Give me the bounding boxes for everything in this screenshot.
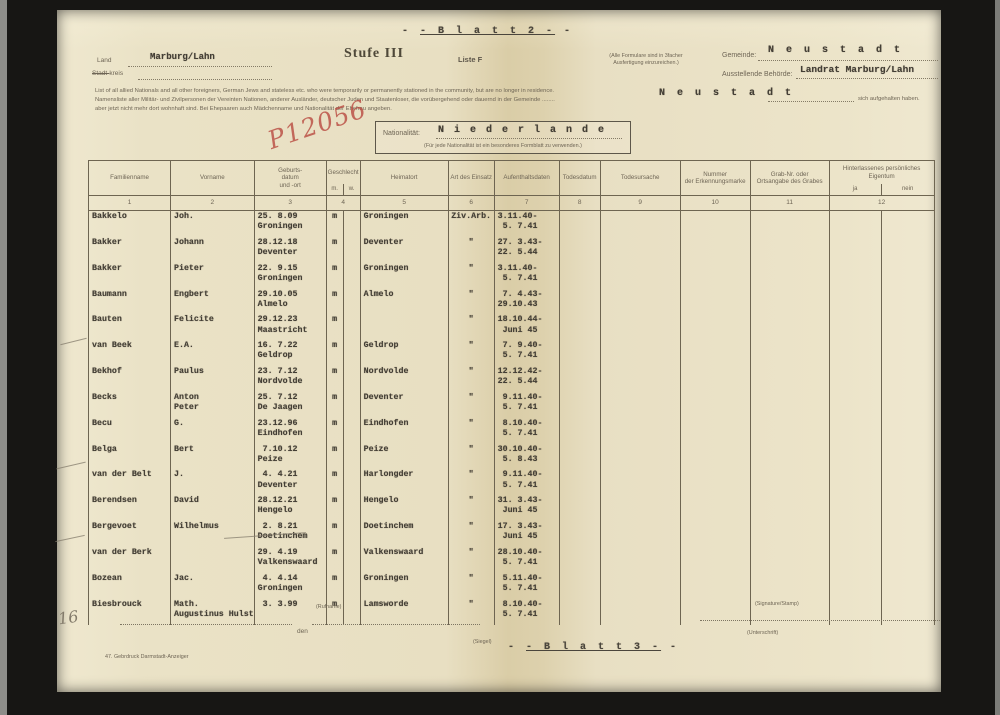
- table-cell: ": [448, 599, 494, 625]
- table-cell: 3. 3.99: [254, 599, 326, 625]
- date-dotted-line: [312, 624, 480, 625]
- table-cell: ": [448, 547, 494, 573]
- sub-header-nein: nein: [881, 184, 934, 196]
- intro-line2-tail: sich aufgehalten haben.: [858, 96, 920, 103]
- col-num-12: 12: [829, 196, 934, 211]
- col-num-10: 10: [680, 196, 750, 211]
- table-cell: [559, 263, 600, 289]
- table-cell: [600, 340, 680, 366]
- table-cell: 4. 4.21Deventer: [254, 469, 326, 495]
- table-cell: [343, 263, 360, 289]
- table-cell: [881, 263, 934, 289]
- table-cell: [559, 573, 600, 599]
- table-cell: [600, 418, 680, 444]
- nationality-value: N i e d e r l a n d e: [438, 125, 606, 136]
- table-cell: [171, 547, 255, 573]
- col-num-3: 3: [254, 196, 326, 211]
- table-cell: m: [326, 366, 343, 392]
- table-cell: Doetinchem: [360, 521, 448, 547]
- table-cell: ": [448, 469, 494, 495]
- den-label: den: [297, 628, 308, 636]
- scanned-document: - - B l a t t 2 - - Stufe III Liste F (A…: [0, 0, 1000, 715]
- table-cell: Becks: [89, 392, 171, 418]
- nationality-note: (Für jede Nationalität ist ein besondere…: [380, 143, 626, 150]
- table-cell: [750, 444, 829, 470]
- table-cell: Valkenswaard: [360, 547, 448, 573]
- table-cell: 27. 3.43-22. 5.44: [494, 237, 559, 263]
- table-cell: Berendsen: [89, 495, 171, 521]
- table-cell: [600, 547, 680, 573]
- blatt-2-heading: - - B l a t t 2 - -: [402, 26, 573, 37]
- col-num-6: 6: [448, 196, 494, 211]
- table-cell: E.A.: [171, 340, 255, 366]
- table-cell: Bakker: [89, 237, 171, 263]
- table-cell: Nordvolde: [360, 366, 448, 392]
- stadt-label-struck: Stadt-: [92, 70, 109, 77]
- col-num-9: 9: [600, 196, 680, 211]
- table-cell: Deventer: [360, 392, 448, 418]
- table-cell: van der Berk: [89, 547, 171, 573]
- table-cell: Groningen: [360, 573, 448, 599]
- table-cell: ": [448, 392, 494, 418]
- table-cell: [559, 521, 600, 547]
- table-cell: 9.11.40- 5. 7.41: [494, 392, 559, 418]
- table-cell: [600, 521, 680, 547]
- col-num-2: 2: [171, 196, 255, 211]
- table-cell: 29. 4.19Valkenswaard: [254, 547, 326, 573]
- table-cell: [600, 237, 680, 263]
- table-cell: 25. 8.09Groningen: [254, 211, 326, 237]
- table-cell: [343, 418, 360, 444]
- table-cell: [343, 521, 360, 547]
- table-cell: 7.10.12Peize: [254, 444, 326, 470]
- col-header-todesursache: Todesursache: [600, 161, 680, 196]
- table-row: BecksAntonPeter25. 7.12De JaagenmDevente…: [89, 392, 935, 418]
- table-cell: Becu: [89, 418, 171, 444]
- table-cell: ": [448, 237, 494, 263]
- table-cell: m: [326, 573, 343, 599]
- sub-header-ja: ja: [829, 184, 881, 196]
- table-cell: [343, 599, 360, 625]
- table-cell: [343, 211, 360, 237]
- table-cell: [343, 495, 360, 521]
- table-cell: [559, 237, 600, 263]
- liste-label: Liste F: [458, 55, 482, 64]
- table-cell: AntonPeter: [171, 392, 255, 418]
- table-cell: 17. 3.43- Juni 45: [494, 521, 559, 547]
- table-cell: m: [326, 263, 343, 289]
- table-cell: Bert: [171, 444, 255, 470]
- table-cell: 8.10.40- 5. 7.41: [494, 599, 559, 625]
- table-row: BelgaBert 7.10.12PeizemPeize"30.10.40- 5…: [89, 444, 935, 470]
- table-cell: Bakkelo: [89, 211, 171, 237]
- table-cell: [559, 418, 600, 444]
- table-cell: m: [326, 418, 343, 444]
- table-row: BekhofPaulus23. 7.12NordvoldemNordvolde"…: [89, 366, 935, 392]
- table-cell: 18.10.44- Juni 45: [494, 314, 559, 340]
- table-cell: m: [326, 547, 343, 573]
- gemeinde-dotted-line: [758, 59, 938, 61]
- intro-line1-en: List of all allied Nationals and all oth…: [95, 87, 657, 95]
- table-cell: [680, 573, 750, 599]
- table-cell: [559, 340, 600, 366]
- intro-gemeinde-value: N e u s t a d t: [659, 88, 794, 99]
- table-cell: ": [448, 366, 494, 392]
- table-cell: [559, 547, 600, 573]
- table-cell: [680, 211, 750, 237]
- rufname-note: (Rufname): [316, 604, 341, 611]
- table-cell: [750, 392, 829, 418]
- col-header-geschlecht: Geschlecht: [326, 161, 360, 185]
- table-cell: 16. 7.22Geldrop: [254, 340, 326, 366]
- table-cell: [829, 263, 881, 289]
- col-header-heimatort: Heimatort: [360, 161, 448, 196]
- col-header-eigentum: Hinterlassenes persönliches Eigentum: [829, 161, 934, 185]
- table-row: BerendsenDavid28.12.21HengelomHengelo"31…: [89, 495, 935, 521]
- table-cell: Bauten: [89, 314, 171, 340]
- table-cell: ": [448, 289, 494, 315]
- table-cell: Almelo: [360, 289, 448, 315]
- table-cell: m: [326, 599, 343, 625]
- table-cell: [750, 521, 829, 547]
- table-cell: [829, 469, 881, 495]
- scan-edge-left: [0, 0, 7, 715]
- table-cell: m: [326, 314, 343, 340]
- table-cell: [559, 392, 600, 418]
- table-cell: m: [326, 340, 343, 366]
- table-cell: ": [448, 573, 494, 599]
- table-cell: [750, 289, 829, 315]
- table-cell: [600, 366, 680, 392]
- scan-edge-right: [995, 0, 1000, 715]
- table-cell: [343, 366, 360, 392]
- col-header-geburtsdatum: Geburts- datum und -ort: [254, 161, 326, 196]
- table-cell: [881, 366, 934, 392]
- table-cell: [680, 263, 750, 289]
- table-cell: Deventer: [360, 237, 448, 263]
- table-cell: ": [448, 263, 494, 289]
- table-cell: Felicite: [171, 314, 255, 340]
- table-cell: 31. 3.43- Juni 45: [494, 495, 559, 521]
- table-cell: 3.11.40- 5. 7.41: [494, 211, 559, 237]
- table-cell: [600, 392, 680, 418]
- table-cell: [829, 289, 881, 315]
- col-num-5: 5: [360, 196, 448, 211]
- col-header-einsatz: Art des Einsatz: [448, 161, 494, 196]
- col-num-11: 11: [750, 196, 829, 211]
- table-cell: Joh.: [171, 211, 255, 237]
- sub-header-w: w.: [343, 184, 360, 196]
- table-cell: [680, 314, 750, 340]
- table-cell: [881, 289, 934, 315]
- table-cell: [600, 444, 680, 470]
- table-body: BakkeloJoh.25. 8.09GroningenmGroningenZi…: [89, 211, 935, 625]
- table-cell: [829, 366, 881, 392]
- behoerde-label: Ausstellende Behörde:: [722, 71, 792, 79]
- table-cell: [750, 547, 829, 573]
- table-cell: [881, 418, 934, 444]
- table-cell: [600, 314, 680, 340]
- table-cell: [750, 495, 829, 521]
- table-cell: [750, 314, 829, 340]
- table-cell: [600, 573, 680, 599]
- table-cell: van der Belt: [89, 469, 171, 495]
- kreis-dotted-line: [138, 78, 272, 80]
- table-cell: [680, 289, 750, 315]
- table-cell: [881, 237, 934, 263]
- table-row: BergevoetWilhelmus 2. 8.21DoetinchemmDoe…: [89, 521, 935, 547]
- table-cell: [680, 418, 750, 444]
- table-cell: m: [326, 495, 343, 521]
- table-cell: Hengelo: [360, 495, 448, 521]
- table-cell: Harlongder: [360, 469, 448, 495]
- table-cell: 28.12.18Deventer: [254, 237, 326, 263]
- table-cell: [343, 469, 360, 495]
- table-cell: [881, 495, 934, 521]
- table-cell: Wilhelmus: [171, 521, 255, 547]
- intro-line2-de: Namensliste aller Militär- und Zivilpers…: [95, 96, 657, 104]
- form-footer-imprint: 47. Gebrdruck Darmstadt-Anzeiger: [105, 654, 189, 661]
- table-cell: [680, 392, 750, 418]
- table-cell: 28.12.21Hengelo: [254, 495, 326, 521]
- table-cell: Paulus: [171, 366, 255, 392]
- table-cell: [559, 495, 600, 521]
- col-num-1: 1: [89, 196, 171, 211]
- table-cell: [600, 469, 680, 495]
- signature-dotted-line: [700, 620, 940, 621]
- stufe-heading: Stufe III: [344, 46, 404, 62]
- table-cell: Math.Augustinus Hulst: [171, 599, 255, 625]
- table-row: van der Berk29. 4.19ValkenswaardmValkens…: [89, 547, 935, 573]
- registry-table: Familienname Vorname Geburts- datum und …: [88, 160, 935, 625]
- table-cell: 12.12.42-22. 5.44: [494, 366, 559, 392]
- table-cell: [559, 211, 600, 237]
- table-cell: [600, 211, 680, 237]
- table-cell: m: [326, 469, 343, 495]
- table-cell: [829, 418, 881, 444]
- table-cell: [829, 211, 881, 237]
- table-cell: Baumann: [89, 289, 171, 315]
- table-cell: [829, 444, 881, 470]
- copies-note: (Alle Formulare sind in 3facher Ausferti…: [596, 53, 696, 66]
- table-cell: 23.12.96Eindhofen: [254, 418, 326, 444]
- table-cell: [750, 237, 829, 263]
- table-cell: 29.12.23Maastricht: [254, 314, 326, 340]
- table-row: BakkerPieter22. 9.15GroningenmGroningen"…: [89, 263, 935, 289]
- table-cell: [750, 211, 829, 237]
- table-cell: [829, 521, 881, 547]
- blatt-2-text: - B l a t t 2 -: [420, 26, 555, 37]
- table-cell: Jac.: [171, 573, 255, 599]
- signature-stamp-label: (Signature/Stamp): [755, 601, 799, 608]
- table-cell: ": [448, 495, 494, 521]
- table-cell: ": [448, 314, 494, 340]
- land-value: Marburg/Lahn: [150, 52, 215, 62]
- table-cell: Peize: [360, 444, 448, 470]
- table-cell: Pieter: [171, 263, 255, 289]
- table-cell: [680, 521, 750, 547]
- table-cell: Bakker: [89, 263, 171, 289]
- col-num-7: 7: [494, 196, 559, 211]
- table-cell: [750, 418, 829, 444]
- table-row: BautenFelicite29.12.23Maastrichtm"18.10.…: [89, 314, 935, 340]
- table-cell: m: [326, 392, 343, 418]
- table-cell: [750, 263, 829, 289]
- table-cell: [750, 340, 829, 366]
- kreis-label: kreis: [109, 70, 123, 77]
- table-cell: [680, 340, 750, 366]
- table-cell: [881, 521, 934, 547]
- table-cell: m: [326, 521, 343, 547]
- table-cell: [881, 392, 934, 418]
- table-cell: [343, 314, 360, 340]
- table-cell: [559, 314, 600, 340]
- table-cell: 29.10.05Almelo: [254, 289, 326, 315]
- blatt-3-heading: - - B l a t t 3 - -: [508, 642, 679, 653]
- table-row: BecuG.23.12.96EindhofenmEindhofen" 8.10.…: [89, 418, 935, 444]
- gemeinde-label: Gemeinde:: [722, 52, 756, 60]
- table-cell: [680, 495, 750, 521]
- table-cell: [559, 366, 600, 392]
- table-cell: Groningen: [360, 263, 448, 289]
- table-cell: m: [326, 289, 343, 315]
- table-cell: [680, 237, 750, 263]
- table-cell: m: [326, 211, 343, 237]
- table-cell: [343, 392, 360, 418]
- col-header-aufenthaltsdaten: Aufenthaltsdaten: [494, 161, 559, 196]
- table-cell: David: [171, 495, 255, 521]
- col-num-8: 8: [559, 196, 600, 211]
- table-row: BozeanJac. 4. 4.14GroningenmGroningen" 5…: [89, 573, 935, 599]
- table-row: BaumannEngbert29.10.05AlmelomAlmelo" 7. …: [89, 289, 935, 315]
- table-cell: Biesbrouck: [89, 599, 171, 625]
- table-cell: [600, 495, 680, 521]
- table-cell: [600, 289, 680, 315]
- siegel-label: (Siegel): [473, 639, 492, 646]
- table-cell: [360, 314, 448, 340]
- table-cell: ": [448, 521, 494, 547]
- table-cell: ": [448, 444, 494, 470]
- table-cell: [680, 469, 750, 495]
- table-cell: [343, 237, 360, 263]
- place-dotted-line: [120, 624, 292, 625]
- land-dotted-line: [128, 65, 272, 67]
- table-cell: [343, 547, 360, 573]
- behoerde-value: Landrat Marburg/Lahn: [800, 64, 914, 75]
- table-cell: [881, 211, 934, 237]
- table-row: BakkerJohann28.12.18DeventermDeventer"27…: [89, 237, 935, 263]
- intro-dotted-line: [768, 100, 854, 102]
- col-header-familienname: Familienname: [89, 161, 171, 196]
- table-cell: [680, 366, 750, 392]
- table-cell: m: [326, 237, 343, 263]
- table-cell: [881, 573, 934, 599]
- sub-header-m: m.: [326, 184, 343, 196]
- table-cell: [343, 573, 360, 599]
- table-row: van der BeltJ. 4. 4.21DeventermHarlongde…: [89, 469, 935, 495]
- table-cell: van Beek: [89, 340, 171, 366]
- table-cell: [881, 314, 934, 340]
- table-cell: [829, 314, 881, 340]
- table-cell: [559, 469, 600, 495]
- table-cell: Engbert: [171, 289, 255, 315]
- table-cell: Johann: [171, 237, 255, 263]
- table-cell: [750, 366, 829, 392]
- table-cell: [343, 444, 360, 470]
- table-cell: [829, 495, 881, 521]
- table-cell: [600, 599, 680, 625]
- table-cell: [829, 547, 881, 573]
- col-header-vorname: Vorname: [171, 161, 255, 196]
- table-cell: Belga: [89, 444, 171, 470]
- table-row: BakkeloJoh.25. 8.09GroningenmGroningenZi…: [89, 211, 935, 237]
- table-cell: [881, 547, 934, 573]
- table-cell: 7. 9.40- 5. 7.41: [494, 340, 559, 366]
- table-cell: [829, 340, 881, 366]
- table-cell: [881, 340, 934, 366]
- table-cell: [680, 444, 750, 470]
- table-cell: 25. 7.12De Jaagen: [254, 392, 326, 418]
- table-cell: m: [326, 444, 343, 470]
- table-cell: 22. 9.15Groningen: [254, 263, 326, 289]
- table-cell: 9.11.40- 5. 7.41: [494, 469, 559, 495]
- nationality-label: Nationalität:: [383, 130, 420, 138]
- table-cell: 30.10.40- 5. 8.43: [494, 444, 559, 470]
- table-cell: Bergevoet: [89, 521, 171, 547]
- table-cell: ": [448, 340, 494, 366]
- table-cell: Lamsworde: [360, 599, 448, 625]
- table-cell: 5.11.40- 5. 7.41: [494, 573, 559, 599]
- table-cell: 23. 7.12Nordvolde: [254, 366, 326, 392]
- table-cell: [600, 263, 680, 289]
- table-cell: Groningen: [360, 211, 448, 237]
- table-cell: 8.10.40- 5. 7.41: [494, 418, 559, 444]
- table-row: van BeekE.A.16. 7.22GeldropmGeldrop" 7. …: [89, 340, 935, 366]
- table-header: Familienname Vorname Geburts- datum und …: [89, 161, 935, 211]
- table-cell: 7. 4.43-29.10.43: [494, 289, 559, 315]
- unterschrift-label: (Unterschrift): [747, 630, 778, 637]
- table-cell: [343, 289, 360, 315]
- table-cell: Ziv.Arb.: [448, 211, 494, 237]
- intro-line3-de: aber jetzt nicht mehr dort wohnhaft sind…: [95, 105, 657, 113]
- table-cell: [559, 599, 600, 625]
- table-cell: [680, 547, 750, 573]
- blatt-3-text: - B l a t t 3 -: [526, 642, 661, 653]
- nationality-box: Nationalität: N i e d e r l a n d e (Für…: [375, 121, 631, 154]
- table-cell: [881, 444, 934, 470]
- table-cell: Geldrop: [360, 340, 448, 366]
- table-cell: [829, 392, 881, 418]
- table-cell: ": [448, 418, 494, 444]
- col-header-erkennungsmarke: Nummer der Erkennungsmarke: [680, 161, 750, 196]
- table-cell: [881, 469, 934, 495]
- table-cell: Bozean: [89, 573, 171, 599]
- table-cell: [750, 469, 829, 495]
- table-cell: [559, 444, 600, 470]
- land-label: Land: [97, 57, 111, 65]
- table-cell: G.: [171, 418, 255, 444]
- gemeinde-value: N e u s t a d t: [768, 45, 903, 56]
- table-cell: Eindhofen: [360, 418, 448, 444]
- table-cell: [343, 340, 360, 366]
- col-header-todesdatum: Todesdatum: [559, 161, 600, 196]
- col-header-grab: Grab-Nr. oder Ortsangabe des Grabes: [750, 161, 829, 196]
- behoerde-dotted-line: [796, 77, 938, 79]
- table-cell: 4. 4.14Groningen: [254, 573, 326, 599]
- pencil-count: 16: [57, 607, 80, 629]
- table-cell: [829, 237, 881, 263]
- table-cell: [559, 289, 600, 315]
